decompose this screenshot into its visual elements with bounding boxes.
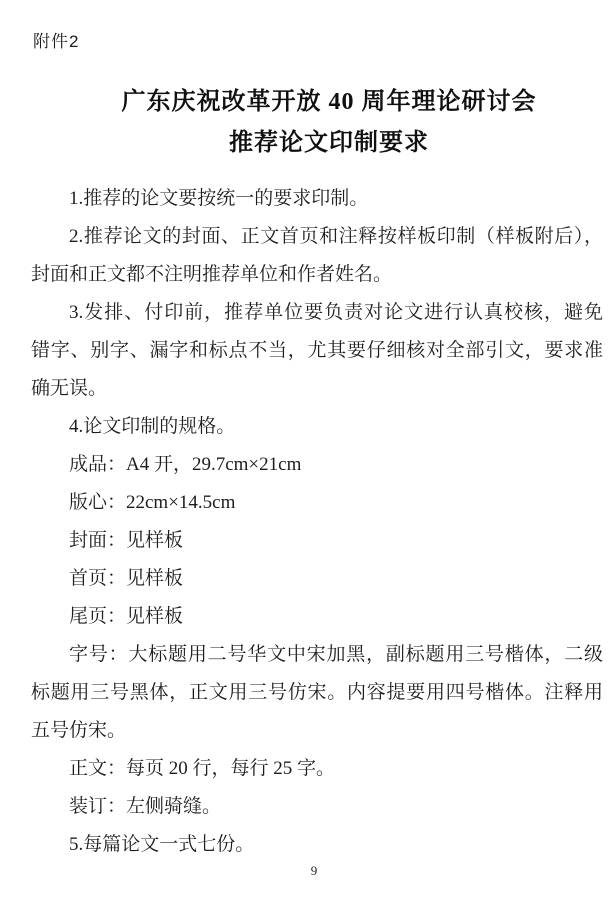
paragraph-8: 首页：见样板 xyxy=(31,560,603,598)
body-line: 尾页：见样板 xyxy=(31,598,603,636)
body-line: 标题用三号黑体，正文用三号仿宋。内容提要用四号楷体。注释用 xyxy=(31,674,603,712)
body-line: 确无误。 xyxy=(31,370,603,408)
body-line: 装订：左侧骑缝。 xyxy=(31,788,603,826)
body-line: 3.发排、付印前，推荐单位要负责对论文进行认真校核，避免 xyxy=(31,294,603,332)
body-line: 2.推荐论文的封面、正文首页和注释按样板印制（样板附后）， xyxy=(31,218,603,256)
paragraph-1: 1.推荐的论文要按统一的要求印制。 xyxy=(31,180,603,218)
document-body: 1.推荐的论文要按统一的要求印制。2.推荐论文的封面、正文首页和注释按样板印制（… xyxy=(31,180,603,864)
document-title-line1: 广东庆祝改革开放 40 周年理论研讨会 xyxy=(55,82,603,123)
paragraph-11: 正文：每页 20 行，每行 25 字。 xyxy=(31,750,603,788)
paragraph-2: 2.推荐论文的封面、正文首页和注释按样板印制（样板附后），封面和正文都不注明推荐… xyxy=(31,218,603,294)
paragraph-7: 封面：见样板 xyxy=(31,522,603,560)
paragraph-9: 尾页：见样板 xyxy=(31,598,603,636)
document-title: 广东庆祝改革开放 40 周年理论研讨会 推荐论文印制要求 xyxy=(31,82,603,164)
page-number: 9 xyxy=(0,863,610,879)
body-line: 封面和正文都不注明推荐单位和作者姓名。 xyxy=(31,256,603,294)
paragraph-3: 3.发排、付印前，推荐单位要负责对论文进行认真校核，避免错字、别字、漏字和标点不… xyxy=(31,294,603,408)
body-line: 五号仿宋。 xyxy=(31,712,603,750)
paragraph-10: 字号：大标题用二号华文中宋加黑，副标题用三号楷体，二级标题用三号黑体，正文用三号… xyxy=(31,636,603,750)
body-line: 成品：A4 开，29.7cm×21cm xyxy=(31,446,603,484)
paragraph-6: 版心：22cm×14.5cm xyxy=(31,484,603,522)
body-line: 4.论文印制的规格。 xyxy=(31,408,603,446)
paragraph-5: 成品：A4 开，29.7cm×21cm xyxy=(31,446,603,484)
attachment-label: 附件2 xyxy=(33,27,79,52)
document-page: 附件2 广东庆祝改革开放 40 周年理论研讨会 推荐论文印制要求 1.推荐的论文… xyxy=(0,0,610,909)
body-line: 版心：22cm×14.5cm xyxy=(31,484,603,522)
body-line: 封面：见样板 xyxy=(31,522,603,560)
body-line: 1.推荐的论文要按统一的要求印制。 xyxy=(31,180,603,218)
body-line: 错字、别字、漏字和标点不当，尤其要仔细核对全部引文，要求准 xyxy=(31,332,603,370)
body-line: 正文：每页 20 行，每行 25 字。 xyxy=(31,750,603,788)
paragraph-4: 4.论文印制的规格。 xyxy=(31,408,603,446)
document-title-line2: 推荐论文印制要求 xyxy=(55,123,603,164)
paragraph-13: 5.每篇论文一式七份。 xyxy=(31,826,603,864)
paragraph-12: 装订：左侧骑缝。 xyxy=(31,788,603,826)
body-line: 5.每篇论文一式七份。 xyxy=(31,826,603,864)
body-line: 字号：大标题用二号华文中宋加黑，副标题用三号楷体，二级 xyxy=(31,636,603,674)
body-line: 首页：见样板 xyxy=(31,560,603,598)
